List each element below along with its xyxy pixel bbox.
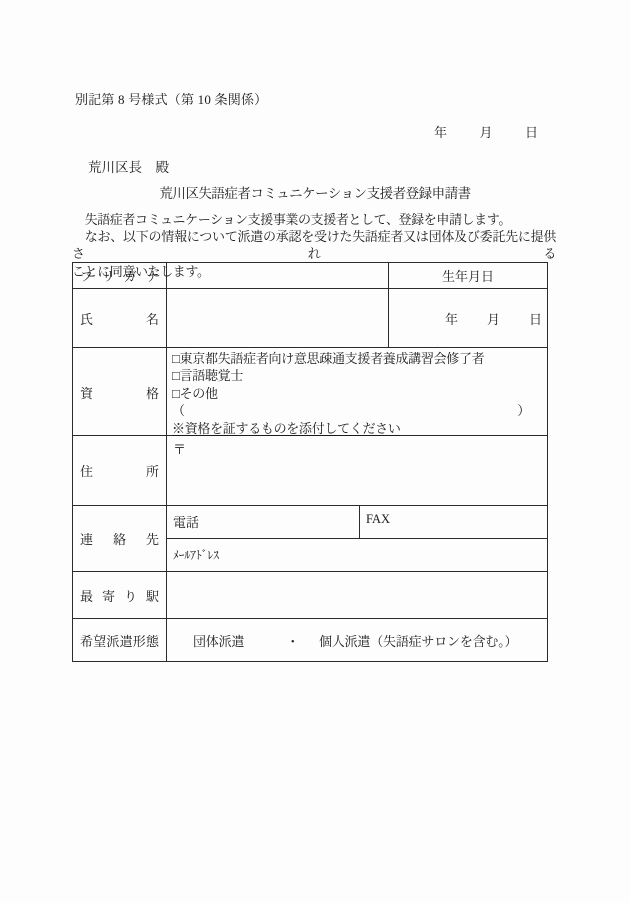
qualification-note: ※資格を証するものを添付してください <box>172 420 542 437</box>
dispatch-options-cell: 団体派遣 ・ 個人派遣（失語症サロンを含む。） <box>167 619 547 661</box>
dispatch-option-group: 団体派遣 <box>193 631 244 650</box>
station-input-cell <box>167 572 547 618</box>
other-detail-line: （ ） <box>172 402 542 419</box>
furigana-input-cell <box>167 263 389 288</box>
phone-label: 電話 <box>173 515 199 530</box>
name-label: 氏名 <box>80 309 159 328</box>
intro-line-1: 失語症者コミュニケーション支援事業の支援者として、登録を申請します。 <box>72 211 556 228</box>
email-label: ﾒｰﾙｱﾄﾞﾚｽ <box>173 550 219 562</box>
application-form-table: フリガナ 生年月日 氏名 年 月 日 資格 □東京都失語症者向け意 <box>72 262 548 662</box>
qualification-option-label: 言語聴覚士 <box>180 368 244 383</box>
fax-label: FAX <box>366 512 390 526</box>
intro-line-2: なお、以下の情報について派遣の承認を受けた失語症者又は団体及び委託先に提供される <box>72 228 556 262</box>
checkbox-icon: □ <box>172 351 180 366</box>
fax-input-cell: FAX <box>359 506 547 538</box>
checkbox-icon: □ <box>172 386 180 401</box>
document-page: 別記第 8 号様式（第 10 条関係） 年 月 日 荒川区長 殿 荒川区失語症者… <box>0 0 630 903</box>
form-number: 別記第 8 号様式（第 10 条関係） <box>75 89 267 108</box>
address-label-cell: 住所 <box>73 436 167 505</box>
qualification-label: 資格 <box>80 383 159 402</box>
email-input-cell: ﾒｰﾙｱﾄﾞﾚｽ <box>167 539 547 571</box>
row-name: 氏名 年 月 日 <box>73 288 547 347</box>
paren-close: ） <box>517 402 530 419</box>
contact-top-row: 電話 FAX <box>167 506 547 539</box>
document-title: 荒川区失語症者コミュニケーション支援者登録申請書 <box>0 182 630 202</box>
furigana-label-cell: フリガナ <box>73 263 167 288</box>
row-contact: 連絡先 電話 FAX ﾒｰﾙｱﾄﾞﾚｽ <box>73 505 547 571</box>
dispatch-separator: ・ <box>286 631 299 650</box>
date-month-label: 月 <box>479 122 492 141</box>
date-year-label: 年 <box>434 122 447 141</box>
qualification-option: □その他 <box>172 385 542 402</box>
row-furigana: フリガナ 生年月日 <box>73 263 547 288</box>
paren-open: （ <box>172 402 185 419</box>
furigana-label: フリガナ <box>80 266 159 285</box>
row-station: 最寄り駅 <box>73 571 547 618</box>
postal-mark: 〒 <box>173 442 186 457</box>
birthdate-input-cell: 年 月 日 <box>389 289 547 347</box>
row-dispatch: 希望派遣形態 団体派遣 ・ 個人派遣（失語症サロンを含む。） <box>73 618 547 661</box>
birthdate-label: 生年月日 <box>389 263 547 288</box>
date-day-label: 日 <box>525 122 538 141</box>
address-label: 住所 <box>80 461 159 480</box>
address-input-cell: 〒 <box>167 436 547 505</box>
year-label: 年 <box>445 309 458 328</box>
qualification-cell: □東京都失語症者向け意思疎通支援者養成講習会修了者 □言語聴覚士 □その他 （ … <box>167 348 547 437</box>
qualification-option-label: その他 <box>180 386 218 401</box>
qualification-option: □言語聴覚士 <box>172 367 542 384</box>
name-input-cell <box>167 289 389 347</box>
phone-input-cell: 電話 <box>167 506 359 538</box>
station-label-cell: 最寄り駅 <box>73 572 167 618</box>
contact-label: 連絡先 <box>80 529 159 548</box>
addressee: 荒川区長 殿 <box>88 156 169 176</box>
station-label: 最寄り駅 <box>80 586 159 605</box>
contact-label-cell: 連絡先 <box>73 506 167 571</box>
qualification-option-label: 東京都失語症者向け意思疎通支援者養成講習会修了者 <box>180 351 485 366</box>
date-line: 年 月 日 <box>434 122 538 141</box>
name-label-cell: 氏名 <box>73 289 167 347</box>
qualification-option: □東京都失語症者向け意思疎通支援者養成講習会修了者 <box>172 350 542 367</box>
row-address: 住所 〒 <box>73 435 547 505</box>
dispatch-option-individual: 個人派遣（失語症サロンを含む。） <box>319 631 517 650</box>
day-label: 日 <box>529 309 542 328</box>
checkbox-icon: □ <box>172 368 180 383</box>
contact-cells: 電話 FAX ﾒｰﾙｱﾄﾞﾚｽ <box>167 506 547 571</box>
month-label: 月 <box>487 309 500 328</box>
dispatch-label: 希望派遣形態 <box>80 631 159 650</box>
dispatch-label-cell: 希望派遣形態 <box>73 619 167 661</box>
row-qualification: 資格 □東京都失語症者向け意思疎通支援者養成講習会修了者 □言語聴覚士 □その他… <box>73 347 547 435</box>
qualification-label-cell: 資格 <box>73 348 167 437</box>
